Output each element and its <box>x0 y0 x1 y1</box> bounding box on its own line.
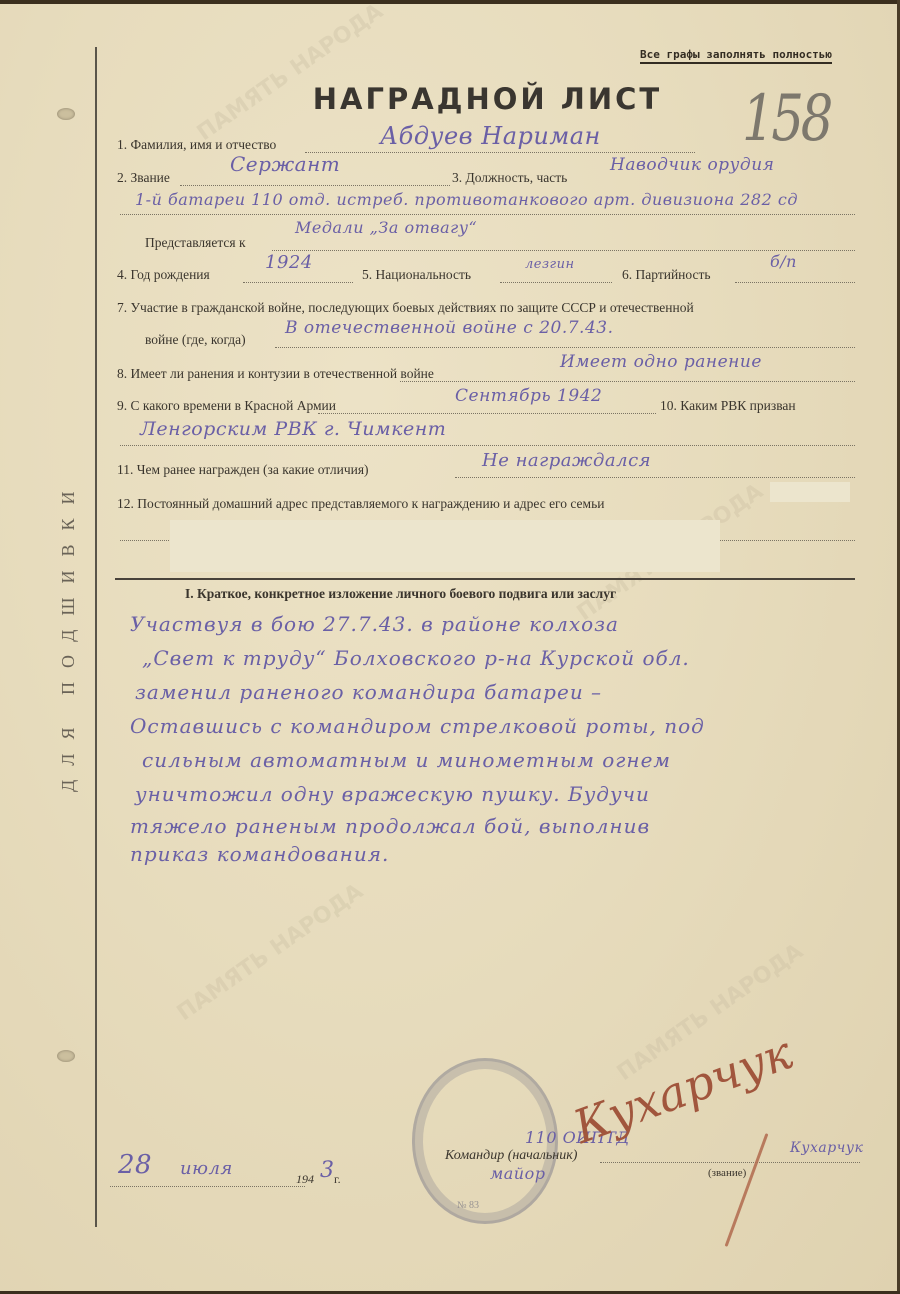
watermark: ПАМЯТЬ НАРОДА <box>173 879 368 1026</box>
date-year-suffix: 3 <box>320 1158 335 1183</box>
field-label-full-name: 1. Фамилия, имя и отчество <box>117 137 276 153</box>
signature-stroke <box>725 1133 769 1247</box>
field-label-war-participation-where: войне (где, когда) <box>145 332 246 348</box>
dotted-line <box>180 185 450 186</box>
award-sheet: ПАМЯТЬ НАРОДА ПАМЯТЬ НАРОДА ПАМЯТЬ НАРОД… <box>0 0 900 1294</box>
rank-caption: (звание) <box>708 1167 746 1179</box>
field-value-previous-awards: Не награждался <box>482 450 651 471</box>
narrative-line: тяжело раненым продолжал бой, выполнив <box>130 814 650 838</box>
dotted-line <box>243 282 353 283</box>
field-value-birth-year: 1924 <box>265 252 313 273</box>
narrative-line: Оставшись с командиром стрелковой роты, … <box>130 714 705 738</box>
field-value-rank: Сержант <box>230 152 340 176</box>
field-label-wounds: 8. Имеет ли ранения и контузии в отечест… <box>117 366 434 382</box>
dotted-line <box>500 282 612 283</box>
narrative-line: приказ командования. <box>130 842 389 866</box>
dotted-line <box>305 152 695 153</box>
dotted-line <box>120 445 855 446</box>
field-value-unit: 1-й батареи 110 отд. истреб. противотанк… <box>135 190 798 209</box>
dotted-line <box>600 1162 860 1163</box>
date-year-mark: г. <box>334 1172 341 1187</box>
dotted-line <box>455 477 855 478</box>
field-label-party: 6. Партийность <box>622 267 711 283</box>
field-value-nominated-for: Медали „За отвагу“ <box>295 218 477 237</box>
field-value-wounds: Имеет одно ранение <box>560 352 762 372</box>
field-value-army-since: Сентябрь 1942 <box>455 386 602 406</box>
narrative-line: „Свет к труду“ Болховского р-на Курской … <box>142 646 690 670</box>
field-value-party: б/п <box>770 252 797 271</box>
dotted-line <box>275 347 855 348</box>
scan-edge-top <box>0 0 900 4</box>
stamp-number: № 83 <box>457 1200 479 1211</box>
date-day: 28 <box>118 1150 152 1180</box>
field-label-previous-awards: 11. Чем ранее награжден (за какие отличи… <box>117 462 369 478</box>
field-value-conscription-office: Ленгорским РВК г. Чимкент <box>140 418 446 440</box>
dotted-line <box>272 250 855 251</box>
section-heading-feat: I. Краткое, конкретное изложение личного… <box>185 586 616 602</box>
field-label-army-since: 9. С какого времени в Красной Армии <box>117 398 336 414</box>
field-label-conscription-office: 10. Каким РВК призван <box>660 398 796 414</box>
field-value-full-name: Абдуев Нариман <box>380 122 601 150</box>
dotted-line <box>110 1186 305 1187</box>
field-label-position-unit: 3. Должность, часть <box>452 170 567 186</box>
watermark: ПАМЯТЬ НАРОДА <box>193 0 388 146</box>
field-label-rank: 2. Звание <box>117 170 170 186</box>
field-label-home-address: 12. Постоянный домашний адрес представля… <box>117 496 604 512</box>
narrative-line: Участвуя в бою 27.7.43. в районе колхоза <box>130 612 619 636</box>
dotted-line <box>318 413 656 414</box>
section-divider <box>115 578 855 580</box>
redacted-address-area <box>170 520 720 572</box>
field-label-nominated-for: Представляется к <box>145 235 246 251</box>
field-value-position: Наводчик орудия <box>610 155 774 175</box>
field-label-war-participation: 7. Участие в гражданской войне, последую… <box>117 300 694 316</box>
commander-label: Командир (начальник) <box>445 1148 577 1164</box>
narrative-line: сильным автоматным и минометным огнем <box>142 748 671 772</box>
redacted-address-area <box>770 482 850 502</box>
dotted-line <box>735 282 855 283</box>
punch-hole <box>57 1050 75 1062</box>
dotted-line <box>400 381 855 382</box>
date-month: июля <box>180 1158 233 1179</box>
narrative-line: уничтожил одну вражескую пушку. Будучи <box>135 782 650 806</box>
field-label-birth-year: 4. Год рождения <box>117 267 210 283</box>
fill-all-fields-notice: Все графы заполнять полностью <box>640 48 832 64</box>
narrative-line: заменил раненого командира батареи – <box>135 680 602 704</box>
commander-rank: майор <box>490 1164 545 1183</box>
field-label-nationality: 5. Национальность <box>362 267 471 283</box>
field-value-nationality: лезгин <box>525 257 575 272</box>
pencil-number: 158 <box>742 82 830 156</box>
commander-name: Кухарчук <box>790 1140 863 1156</box>
field-value-war-participation: В отечественной войне с 20.7.43. <box>285 318 613 338</box>
dotted-line <box>120 214 855 215</box>
binding-label: ДЛЯ ПОДШИВКИ <box>58 470 98 800</box>
date-year-prefix: 194 <box>296 1172 314 1187</box>
